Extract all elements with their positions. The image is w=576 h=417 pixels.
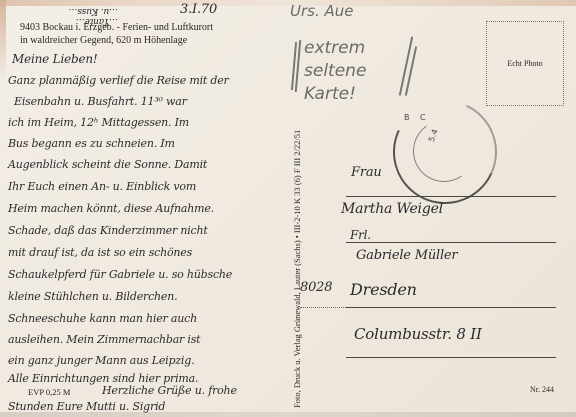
pencil-note-line: extrem [304, 38, 365, 58]
message-line: Herzliche Grüße u. frohe [102, 384, 237, 397]
address-line [346, 357, 556, 358]
address-line [346, 196, 556, 197]
photo-box-label: Echt Photo [507, 59, 542, 68]
message-line: ein ganz junger Mann aus Leipzig. [8, 354, 194, 367]
address-salutation-2: Frl. [350, 228, 371, 242]
stamp-area-box: Echt Photo [486, 21, 564, 106]
address-city: Dresden [350, 280, 417, 299]
postmark-ring-text: C [420, 113, 426, 122]
message-line: Ihr Euch einen An- u. Einblick vom [8, 180, 196, 193]
pencil-note-line: Karte! [304, 84, 356, 104]
message-line: ich im Heim, 12ʰ Mittagessen. Im [8, 116, 189, 129]
message-line: Heim machen könnt, diese Aufnahme. [8, 202, 214, 215]
message-line: Ganz planmäßig verlief die Reise mit der [8, 74, 229, 87]
message-line: Bus begann es zu schneien. Im [8, 137, 175, 150]
card-number: Nr. 244 [530, 385, 554, 394]
postcode-dotted-line [300, 307, 346, 308]
upside-down-note-line1: …u. Kuss… [69, 6, 118, 16]
header-line2: in waldreicher Gegend, 620 m Höhenlage [20, 35, 187, 46]
message-line: Schaukelpferd für Gabriele u. so hübsche [8, 268, 232, 281]
message-line: Eisenbahn u. Busfahrt. 11³⁰ war [14, 95, 187, 108]
message-line: Schade, daß das Kinderzimmer nicht [8, 224, 208, 237]
pencil-note-top: Urs. Aue [290, 2, 354, 20]
paper-edge-left [0, 0, 6, 80]
postmark-letter: B [404, 113, 410, 122]
message-line: kleine Stühlchen u. Bilderchen. [8, 290, 177, 303]
address-name-1: Martha Weigel [341, 201, 443, 217]
message-line: ausleihen. Mein Zimmernachbar ist [8, 333, 200, 346]
address-postcode: 8028 [300, 280, 332, 295]
message-line: mit drauf ist, da ist so ein schönes [8, 246, 192, 259]
message-line: Augenblick scheint die Sonne. Damit [8, 158, 207, 171]
address-street: Columbusstr. 8 II [354, 325, 482, 343]
pencil-note-line: seltene [304, 61, 366, 81]
message-line: Schneeschuhe kann man hier auch [8, 312, 197, 325]
postcard-back: …u. Kuss… …Tante… 3.I.70 9403 Bockau i. … [0, 0, 576, 417]
price-label: EVP 0,25 M [28, 387, 70, 397]
message-greeting: Meine Lieben! [12, 52, 98, 66]
date-handwritten: 3.I.70 [180, 2, 217, 17]
publisher-imprint: Foto, Druck u. Verlag Grünewald, Lauter … [292, 130, 302, 408]
address-name-2: Gabriele Müller [356, 248, 457, 263]
address-line [346, 242, 556, 243]
address-line [346, 307, 556, 308]
message-signature: Stunden Eure Mutti u. Sigrid [8, 400, 165, 413]
header-line1: 9403 Bockau i. Erzgeb. - Ferien- und Luf… [20, 22, 213, 33]
address-salutation-1: Frau [351, 165, 382, 180]
